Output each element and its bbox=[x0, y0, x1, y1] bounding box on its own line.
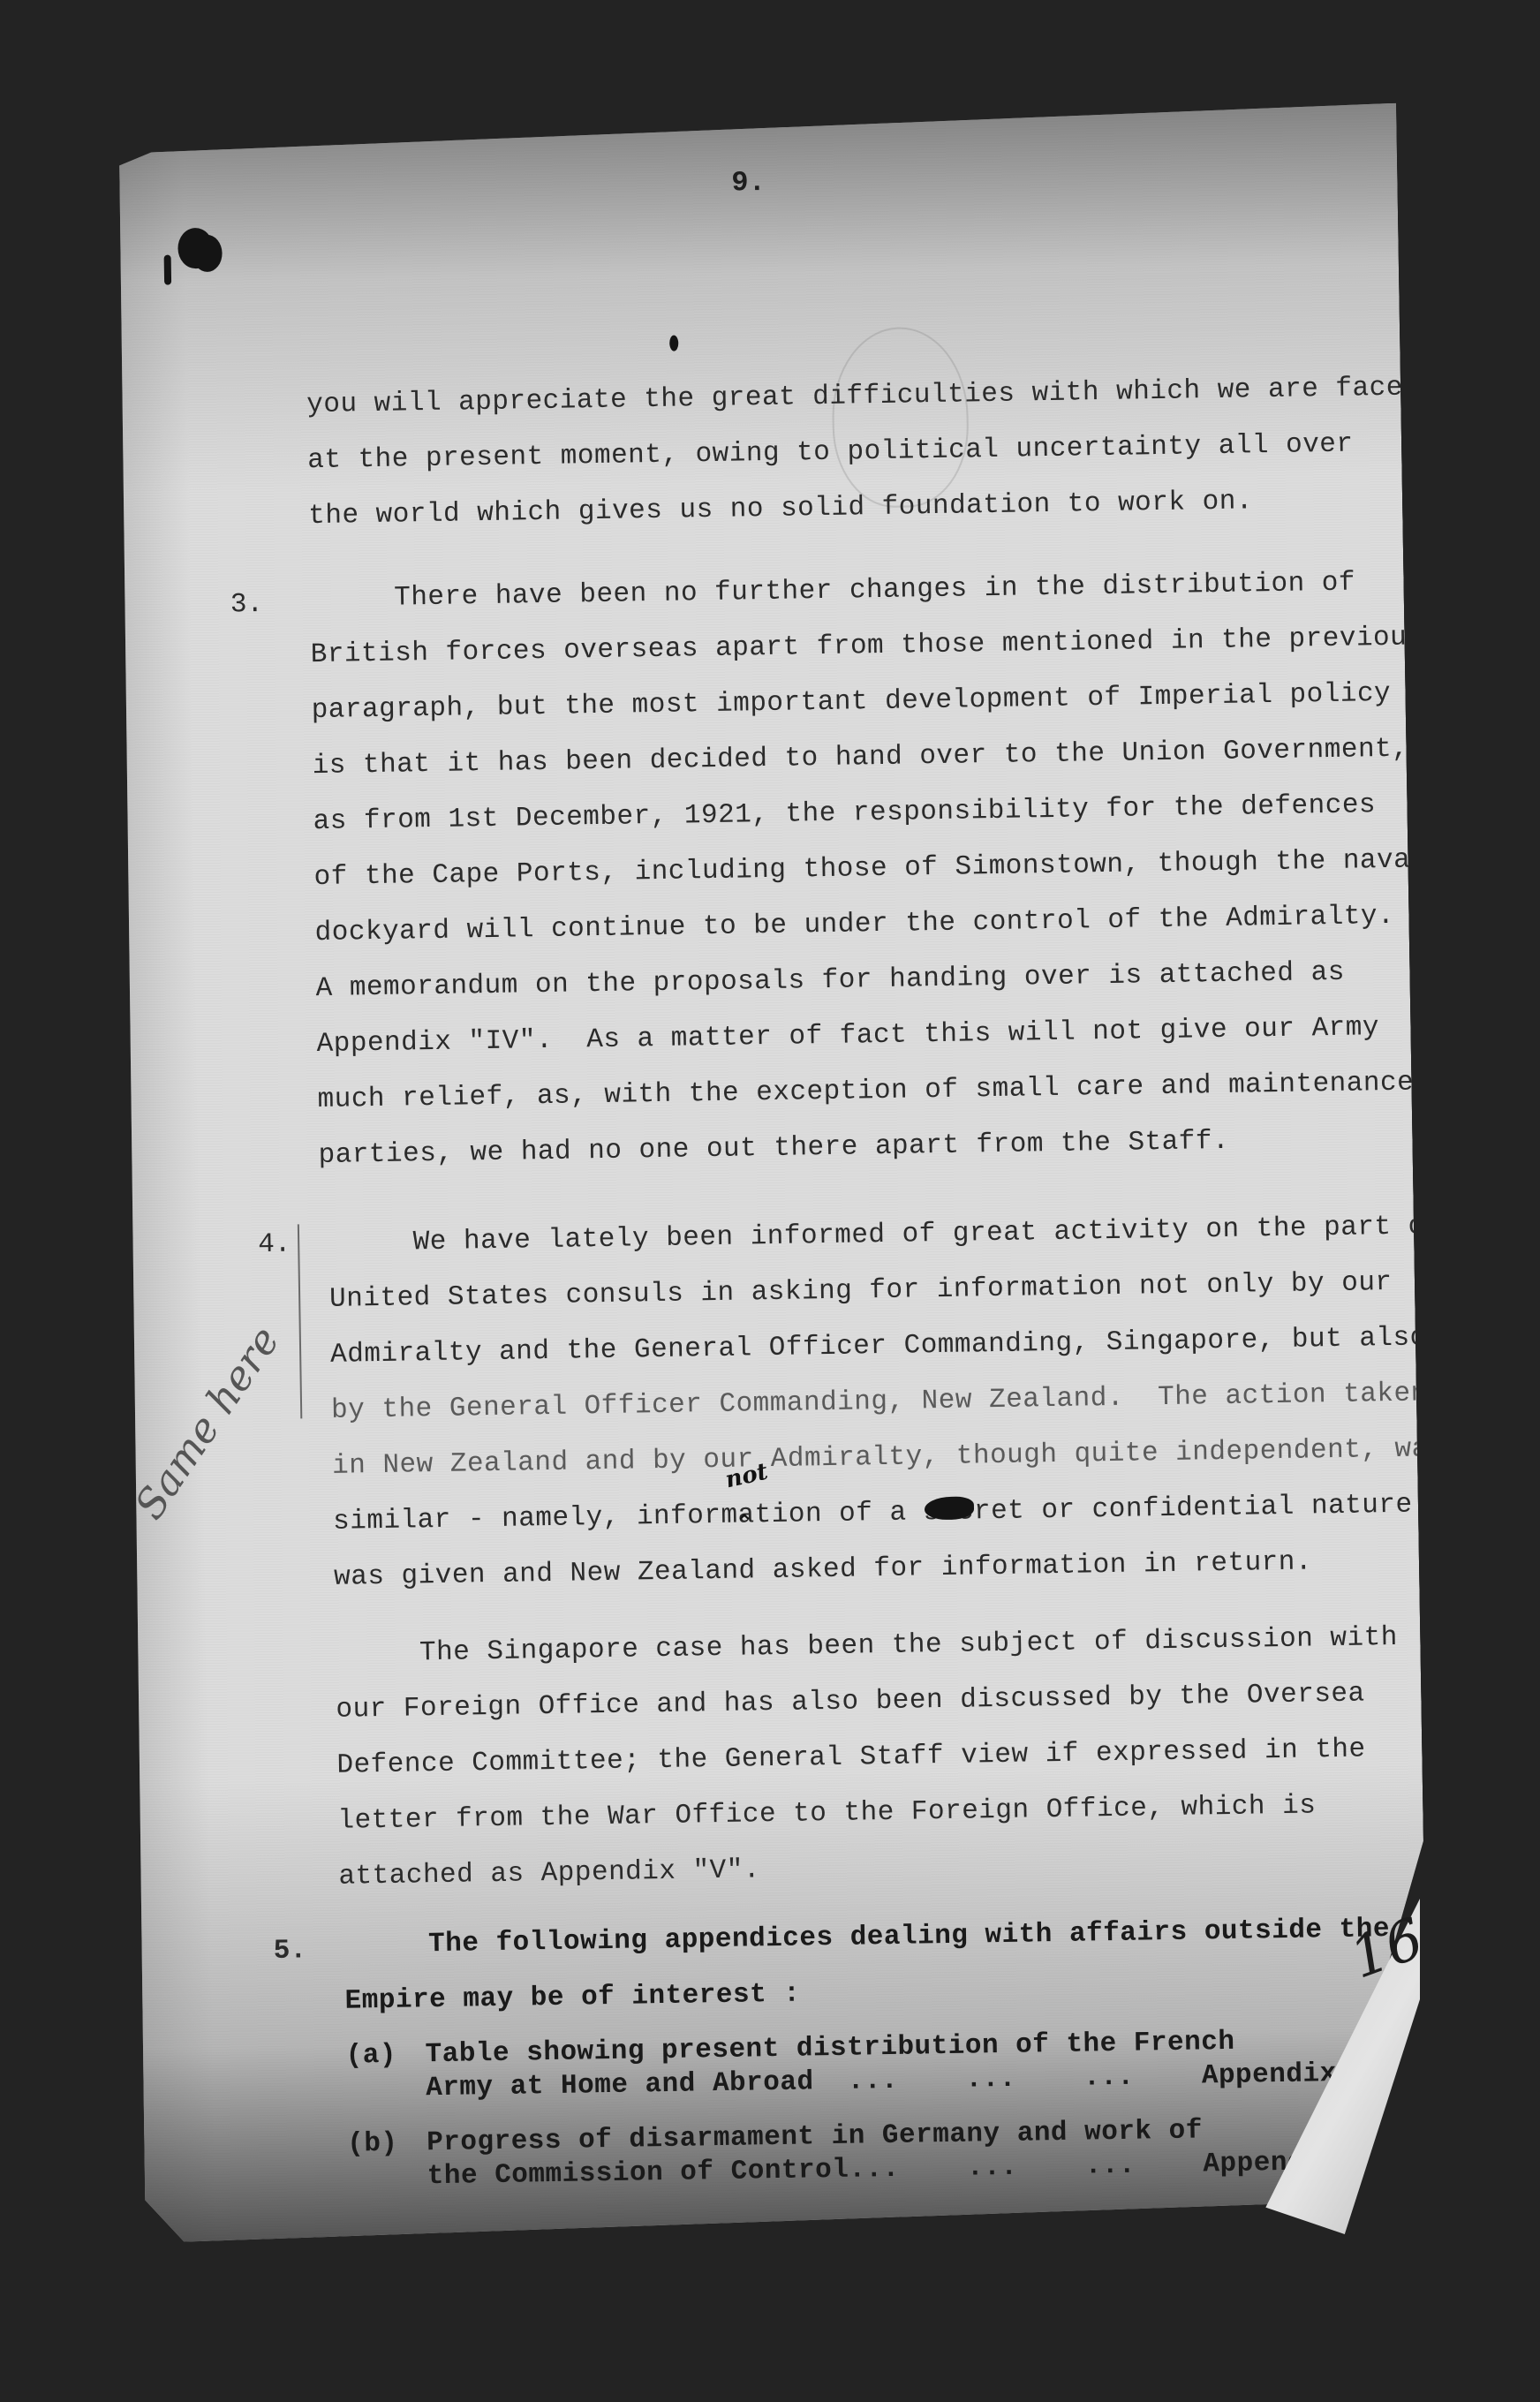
paragraph-5: The following appendices dealing with af… bbox=[343, 1929, 447, 2054]
text-line: The Singapore case has been the subject … bbox=[335, 1622, 1398, 1670]
text-line: There have been no further changes in th… bbox=[309, 568, 1355, 616]
paragraph-number-5: 5. bbox=[274, 1935, 307, 1967]
text-line: Empire may be of interest : bbox=[344, 1979, 800, 2017]
scan-stage: 9. you will appreciate the great difficu… bbox=[0, 0, 1540, 2402]
margin-rule bbox=[298, 1224, 302, 1418]
item-label: (a) bbox=[345, 2040, 396, 2072]
text-line: Defence Committee; the General Staff vie… bbox=[336, 1734, 1366, 1781]
paragraph-number-3: 3. bbox=[230, 589, 264, 621]
embossed-seal-watermark bbox=[831, 326, 970, 508]
text-line: British forces overseas apart from those… bbox=[310, 622, 1423, 670]
text-line: The following appendices dealing with af… bbox=[343, 1914, 1390, 1961]
page-number: 9. bbox=[731, 166, 766, 200]
text-line: in New Zealand and by our Admiralty, tho… bbox=[332, 1433, 1446, 1482]
ink-dot bbox=[669, 336, 678, 351]
marginal-handwriting: Same here bbox=[125, 1318, 289, 1528]
text-line: dockyard will continue to be under the c… bbox=[314, 901, 1394, 948]
text-line: at the present moment, owing to politica… bbox=[307, 429, 1354, 477]
text-line: United States consuls in asking for info… bbox=[329, 1267, 1393, 1315]
text-line: much relief, as, with the exception of s… bbox=[317, 1068, 1414, 1115]
ink-blot bbox=[192, 235, 223, 273]
text-line: Appendix "IV". As a matter of fact this … bbox=[316, 1012, 1379, 1060]
ink-blot bbox=[925, 1496, 974, 1520]
text-line: We have lately been informed of great ac… bbox=[328, 1211, 1442, 1259]
text-line: of the Cape Ports, including those of Si… bbox=[313, 844, 1427, 893]
ink-blot bbox=[164, 255, 172, 285]
text-line: A memorandum on the proposals for handin… bbox=[315, 957, 1345, 1004]
appendix-item-b: (b) Progress of disarmament in Germany a… bbox=[347, 2127, 450, 2284]
paragraph-3: There have been no further changes in th… bbox=[309, 582, 417, 986]
text-line: was given and New Zealand asked for info… bbox=[334, 1546, 1312, 1592]
document-page: 9. you will appreciate the great difficu… bbox=[112, 103, 1430, 2243]
text-line: the world which gives us no solid founda… bbox=[308, 486, 1253, 532]
text-line: parties, we had no one out there apart f… bbox=[318, 1126, 1229, 1171]
intro-paragraph: you will appreciate the great difficulti… bbox=[306, 388, 410, 544]
insertion-caret-icon: ⌃ bbox=[735, 1510, 754, 1537]
paragraph-4: We have lately been informed of great ac… bbox=[328, 1227, 434, 1507]
text-line: as from 1st December, 1921, the responsi… bbox=[313, 789, 1376, 837]
text-line: attached as Appendix "V". bbox=[338, 1854, 760, 1892]
text-line: Admiralty and the General Officer Comman… bbox=[330, 1322, 1427, 1370]
text-line: letter from the War Office to the Foreig… bbox=[337, 1790, 1316, 1836]
text-line: is that it has been decided to hand over… bbox=[312, 734, 1408, 782]
text-line: paragraph, but the most important develo… bbox=[311, 678, 1391, 726]
text-line: our Foreign Office and has also been dis… bbox=[336, 1679, 1365, 1726]
paragraph-number-4: 4. bbox=[258, 1229, 291, 1261]
text-line: similar - namely, information of a secre… bbox=[333, 1490, 1413, 1537]
paragraph-4-continued: The Singapore case has been the subject … bbox=[335, 1637, 439, 1855]
text-line: by the General Officer Commanding, New Z… bbox=[331, 1378, 1428, 1425]
item-label: (b) bbox=[347, 2128, 398, 2160]
